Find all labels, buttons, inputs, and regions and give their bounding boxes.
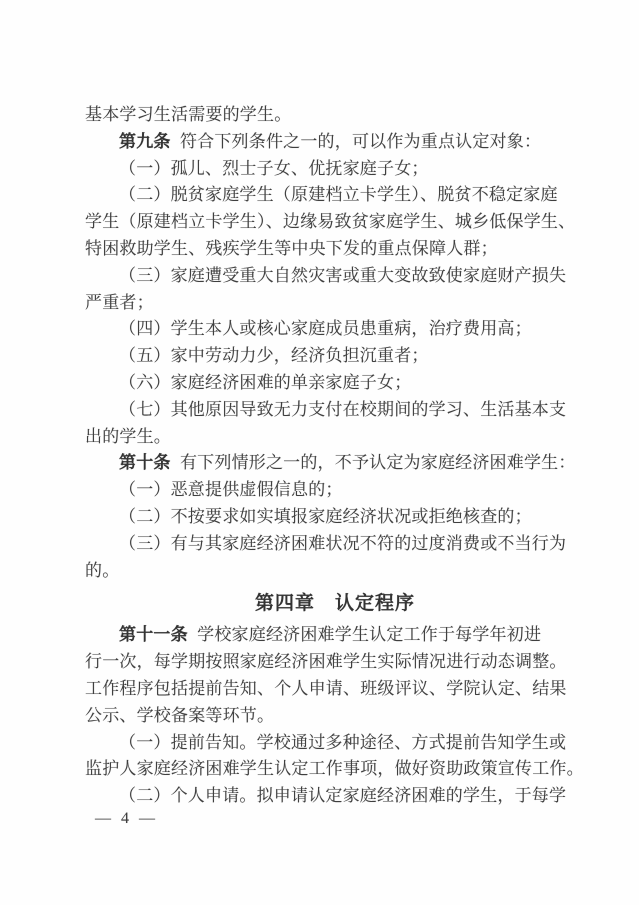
document-body: 基本学习生活需要的学生。 第九条符合下列条件之一的，可以作为重点认定对象： （一… bbox=[85, 102, 585, 810]
article-text: 学校家庭经济困难学生认定工作于每学年初进 bbox=[197, 625, 541, 644]
doc-line: 出的学生。 bbox=[85, 424, 585, 451]
doc-line: 工作程序包括提前告知、个人申请、班级评议、学院认定、结果 bbox=[85, 676, 585, 703]
doc-line: （一）恶意提供虚假信息的； bbox=[85, 477, 585, 504]
doc-line: 公示、学校备案等环节。 bbox=[85, 703, 585, 730]
doc-line: （七）其他原因导致无力支付在校期间的学习、生活基本支 bbox=[85, 397, 585, 424]
doc-line-article-10: 第十条有下列情形之一的，不予认定为家庭经济困难学生： bbox=[85, 450, 585, 477]
doc-line: 基本学习生活需要的学生。 bbox=[85, 102, 585, 129]
doc-line: 特困救助学生、残疾学生等中央下发的重点保障人群； bbox=[85, 236, 585, 263]
doc-line: （三）有与其家庭经济困难状况不符的过度消费或不当行为 bbox=[85, 531, 585, 558]
doc-line: （四）学生本人或核心家庭成员患重病，治疗费用高； bbox=[85, 316, 585, 343]
doc-line: 监护人家庭经济困难学生认定工作事项，做好资助政策宣传工作。 bbox=[85, 756, 585, 783]
doc-line: 严重者； bbox=[85, 290, 585, 317]
doc-line: （一）提前告知。学校通过多种途径、方式提前告知学生或 bbox=[85, 730, 585, 757]
article-text: 符合下列条件之一的，可以作为重点认定对象： bbox=[180, 132, 541, 151]
article-number: 第九条 bbox=[119, 132, 171, 151]
doc-line: （五）家中劳动力少，经济负担沉重者； bbox=[85, 343, 585, 370]
page-number: — 4 — bbox=[95, 808, 158, 830]
doc-line: 行一次，每学期按照家庭经济困难学生实际情况进行动态调整。 bbox=[85, 649, 585, 676]
doc-line: （二）个人申请。拟申请认定家庭经济困难的学生，于每学 bbox=[85, 783, 585, 810]
doc-line: （二）脱贫家庭学生（原建档立卡学生）、脱贫不稳定家庭 bbox=[85, 182, 585, 209]
doc-line: （三）家庭遭受重大自然灾害或重大变故致使家庭财产损失 bbox=[85, 263, 585, 290]
doc-line: 学生（原建档立卡学生）、边缘易致贫家庭学生、城乡低保学生、 bbox=[85, 209, 585, 236]
article-number: 第十条 bbox=[119, 453, 171, 472]
doc-line: （二）不按要求如实填报家庭经济状况或拒绝核查的； bbox=[85, 504, 585, 531]
document-page: 基本学习生活需要的学生。 第九条符合下列条件之一的，可以作为重点认定对象： （一… bbox=[0, 0, 639, 905]
doc-line: （一）孤儿、烈士子女、优抚家庭子女； bbox=[85, 156, 585, 183]
chapter-heading: 第四章 认定程序 bbox=[85, 587, 585, 620]
doc-line: （六）家庭经济困难的单亲家庭子女； bbox=[85, 370, 585, 397]
doc-line: 的。 bbox=[85, 558, 585, 585]
doc-line-article-11: 第十一条学校家庭经济困难学生认定工作于每学年初进 bbox=[85, 622, 585, 649]
article-number: 第十一条 bbox=[119, 625, 188, 644]
doc-line-article-9: 第九条符合下列条件之一的，可以作为重点认定对象： bbox=[85, 129, 585, 156]
article-text: 有下列情形之一的，不予认定为家庭经济困难学生： bbox=[180, 453, 576, 472]
